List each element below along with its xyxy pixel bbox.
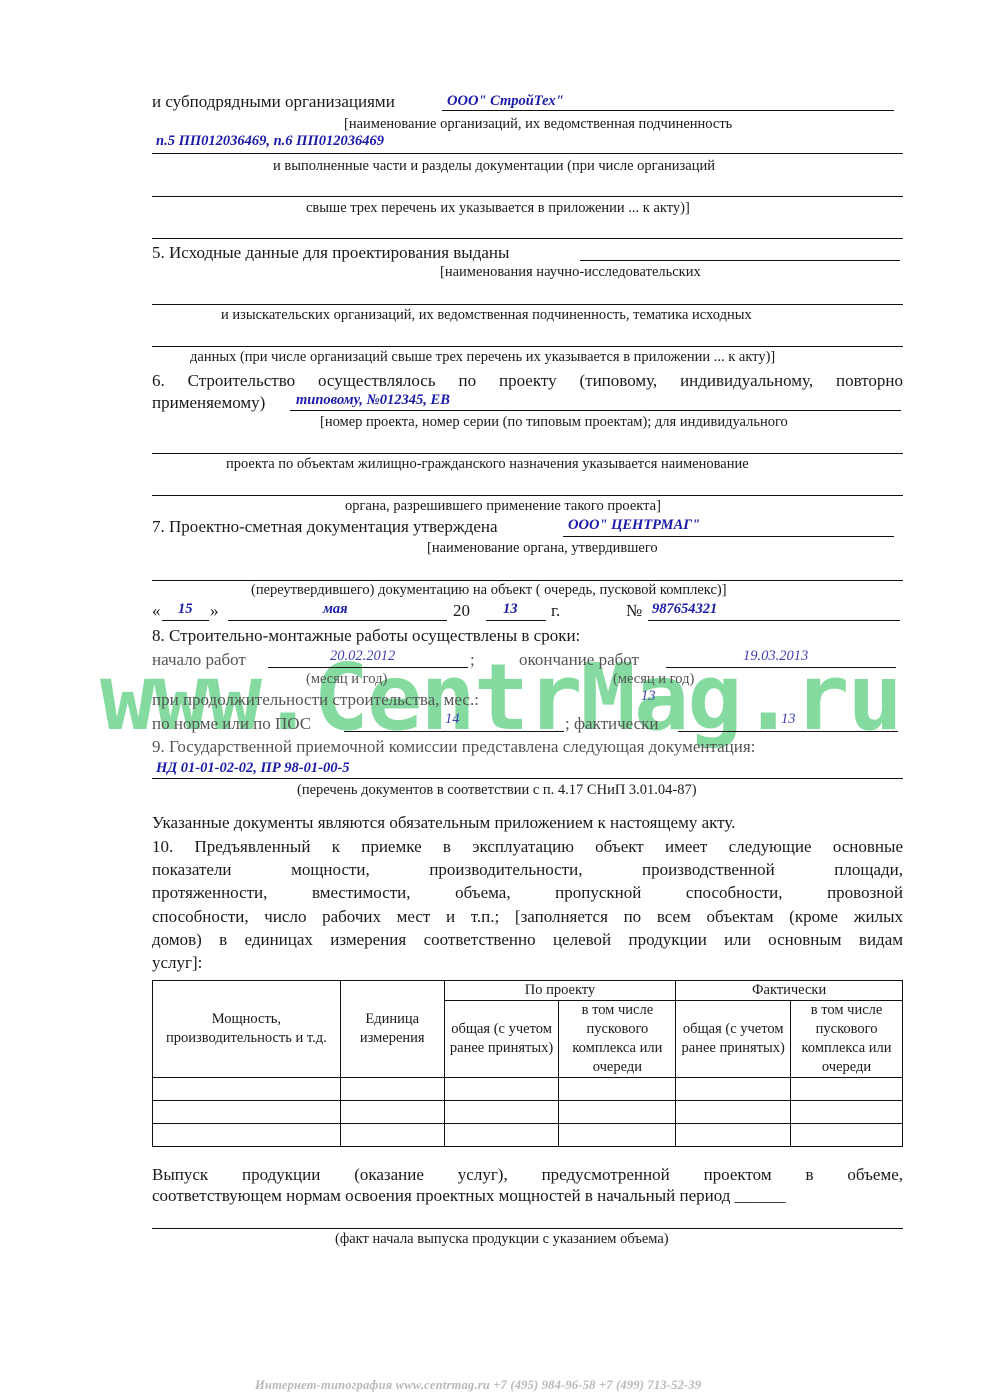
output-fact-line[interactable] <box>152 1228 903 1229</box>
project-including-header: в том числе пускового комплекса или очер… <box>559 1001 676 1078</box>
section5-hint2: и изыскательских организаций, их ведомст… <box>221 307 752 324</box>
section6-title: 6. Строительство осуществлялось по проек… <box>152 369 903 392</box>
blank-line <box>152 238 903 239</box>
hint-parts: и выполненные части и разделы документац… <box>273 158 715 175</box>
duration-label: при продолжительности строительства, мес… <box>152 690 479 710</box>
output-hint: (факт начала выпуска продукции с указани… <box>335 1231 669 1248</box>
section10-line: услуг]: <box>152 951 903 974</box>
start-date-value[interactable]: 20.02.2012 <box>330 648 395 665</box>
number-sign: № <box>626 601 642 621</box>
table-cell[interactable] <box>791 1078 903 1101</box>
section9-note: Указанные документы являются обязательны… <box>152 813 735 833</box>
section7-hint1: [наименование органа, утвердившего <box>427 540 658 557</box>
quote-close: » <box>210 601 219 621</box>
documentation-line <box>152 778 903 779</box>
col-capacity-header: Мощность, производительность и т.д. <box>153 981 341 1078</box>
table-cell[interactable] <box>340 1078 444 1101</box>
actual-including-header: в том числе пускового комплекса или очер… <box>791 1001 903 1078</box>
capacity-table: Мощность, производительность и т.д. Един… <box>152 980 903 1147</box>
output-line2: соответствующем нормам освоения проектны… <box>152 1186 786 1206</box>
section5-value-line[interactable] <box>580 260 900 261</box>
actual-value[interactable]: 13 <box>781 711 796 728</box>
end-label: окончание работ <box>519 650 639 670</box>
table-cell[interactable] <box>676 1124 791 1147</box>
table-cell[interactable] <box>444 1078 559 1101</box>
norm-label: по норме или по ПОС <box>152 714 311 734</box>
document-page: и субподрядными организациями ООО" Строй… <box>0 0 985 1397</box>
table-cell[interactable] <box>676 1078 791 1101</box>
section9-title: 9. Государственной приемочной комиссии п… <box>152 737 755 757</box>
group-project-header: По проекту <box>444 981 676 1001</box>
table-cell[interactable] <box>559 1101 676 1124</box>
table-row <box>153 1078 903 1101</box>
project-type-value[interactable]: типовому, №012345, ЕВ <box>296 392 450 409</box>
section10-line: 10. Предъявленный к приемке в эксплуатац… <box>152 835 903 858</box>
subcontractor-org-value[interactable]: ООО" СтройТех" <box>447 93 564 110</box>
approval-org-line <box>563 536 894 537</box>
section10-line: способности, число рабочих мест и т.п.; … <box>152 905 903 928</box>
end-date-value[interactable]: 19.03.2013 <box>743 648 808 665</box>
approval-year-value[interactable]: 13 <box>503 601 518 618</box>
table-cell[interactable] <box>444 1124 559 1147</box>
end-month-year-hint: (месяц и год) <box>613 671 694 688</box>
group-actual-header: Фактически <box>676 981 903 1001</box>
actual-line <box>678 731 898 732</box>
table-cell[interactable] <box>153 1078 341 1101</box>
duration-value[interactable]: 13 <box>641 688 656 705</box>
section9-hint: (перечень документов в соответствии с п.… <box>297 782 697 799</box>
table-cell[interactable] <box>791 1101 903 1124</box>
table-cell[interactable] <box>444 1101 559 1124</box>
actual-total-header: общая (с учетом ранее принятых) <box>676 1001 791 1078</box>
start-label: начало работ <box>152 650 246 670</box>
hint-org-names: [наименование организаций, их ведомствен… <box>344 116 732 133</box>
table-row <box>153 1101 903 1124</box>
table-cell[interactable] <box>340 1101 444 1124</box>
print-shop-footer: Интернет-типография www.centrmag.ru +7 (… <box>255 1378 701 1393</box>
section10-line: показатели мощности, производительности,… <box>152 858 903 881</box>
table-cell[interactable] <box>153 1101 341 1124</box>
approval-org-value[interactable]: ООО" ЦЕНТРМАГ" <box>568 517 700 534</box>
actual-label: ; фактически <box>565 714 659 734</box>
section8-title: 8. Строительно-монтажные работы осуществ… <box>152 626 580 646</box>
subcontractors-label: и субподрядными организациями <box>152 92 395 112</box>
col-unit-header: Единица измерения <box>340 981 444 1078</box>
section5-hint1: [наименования научно-исследовательских <box>440 264 701 281</box>
blank-line <box>152 580 903 581</box>
norm-value[interactable]: 14 <box>445 711 460 728</box>
section6-lead: применяемому) <box>152 393 265 413</box>
project-total-header: общая (с учетом ранее принятых) <box>444 1001 559 1078</box>
documentation-value[interactable]: НД 01-01-02-02, ПР 98-01-00-5 <box>156 760 350 777</box>
output-line1: Выпуск продукции (оказание услуг), преду… <box>152 1163 903 1186</box>
table-row <box>153 1124 903 1147</box>
century-label: 20 <box>453 601 470 621</box>
subcontractor-parts-value[interactable]: п.5 ПП012036469, п.6 ПП012036469 <box>156 133 384 150</box>
blank-line <box>152 304 903 305</box>
parts-line <box>152 153 903 154</box>
table-cell[interactable] <box>559 1124 676 1147</box>
section10-paragraph: 10. Предъявленный к приемке в эксплуатац… <box>152 835 903 974</box>
start-date-line <box>268 667 468 668</box>
table-cell[interactable] <box>559 1078 676 1101</box>
section7-hint2: (переутвердившего) документацию на объек… <box>251 582 727 599</box>
start-month-year-hint: (месяц и год) <box>306 671 387 688</box>
subcontractor-org-line <box>442 110 894 111</box>
section10-line: протяженности, вместимости, объема, проп… <box>152 881 903 904</box>
table-cell[interactable] <box>340 1124 444 1147</box>
section10-line: домов) в единицах измерения соответствен… <box>152 928 903 951</box>
blank-line <box>152 196 903 197</box>
section7-title: 7. Проектно-сметная документация утвержд… <box>152 517 498 537</box>
table-cell[interactable] <box>153 1124 341 1147</box>
approval-month-value[interactable]: мая <box>323 601 348 618</box>
hint-appendix: свыше трех перечень их указывается в при… <box>306 200 690 217</box>
norm-line <box>344 731 564 732</box>
section6-hint2: проекта по объектам жилищно-гражданского… <box>226 456 749 473</box>
approval-number-value[interactable]: 987654321 <box>652 601 717 618</box>
approval-day-value[interactable]: 15 <box>178 601 193 618</box>
section5-title: 5. Исходные данные для проектирования вы… <box>152 243 509 263</box>
blank-line <box>152 346 903 347</box>
blank-line <box>152 453 903 454</box>
project-type-line <box>290 410 901 411</box>
section5-hint3: данных (при числе организаций свыше трех… <box>190 349 775 366</box>
table-cell[interactable] <box>676 1101 791 1124</box>
quote-open: « <box>152 601 161 621</box>
year-suffix: г. <box>551 601 560 621</box>
end-date-line <box>666 667 896 668</box>
section6-hint3: органа, разрешившего применение такого п… <box>345 498 661 515</box>
section6-hint1: [номер проекта, номер серии (по типовым … <box>320 414 788 431</box>
day-line <box>162 620 209 621</box>
separator: ; <box>470 650 475 670</box>
number-line <box>648 620 900 621</box>
blank-line <box>152 495 903 496</box>
year-line <box>486 620 546 621</box>
table-cell[interactable] <box>791 1124 903 1147</box>
month-line <box>228 620 447 621</box>
